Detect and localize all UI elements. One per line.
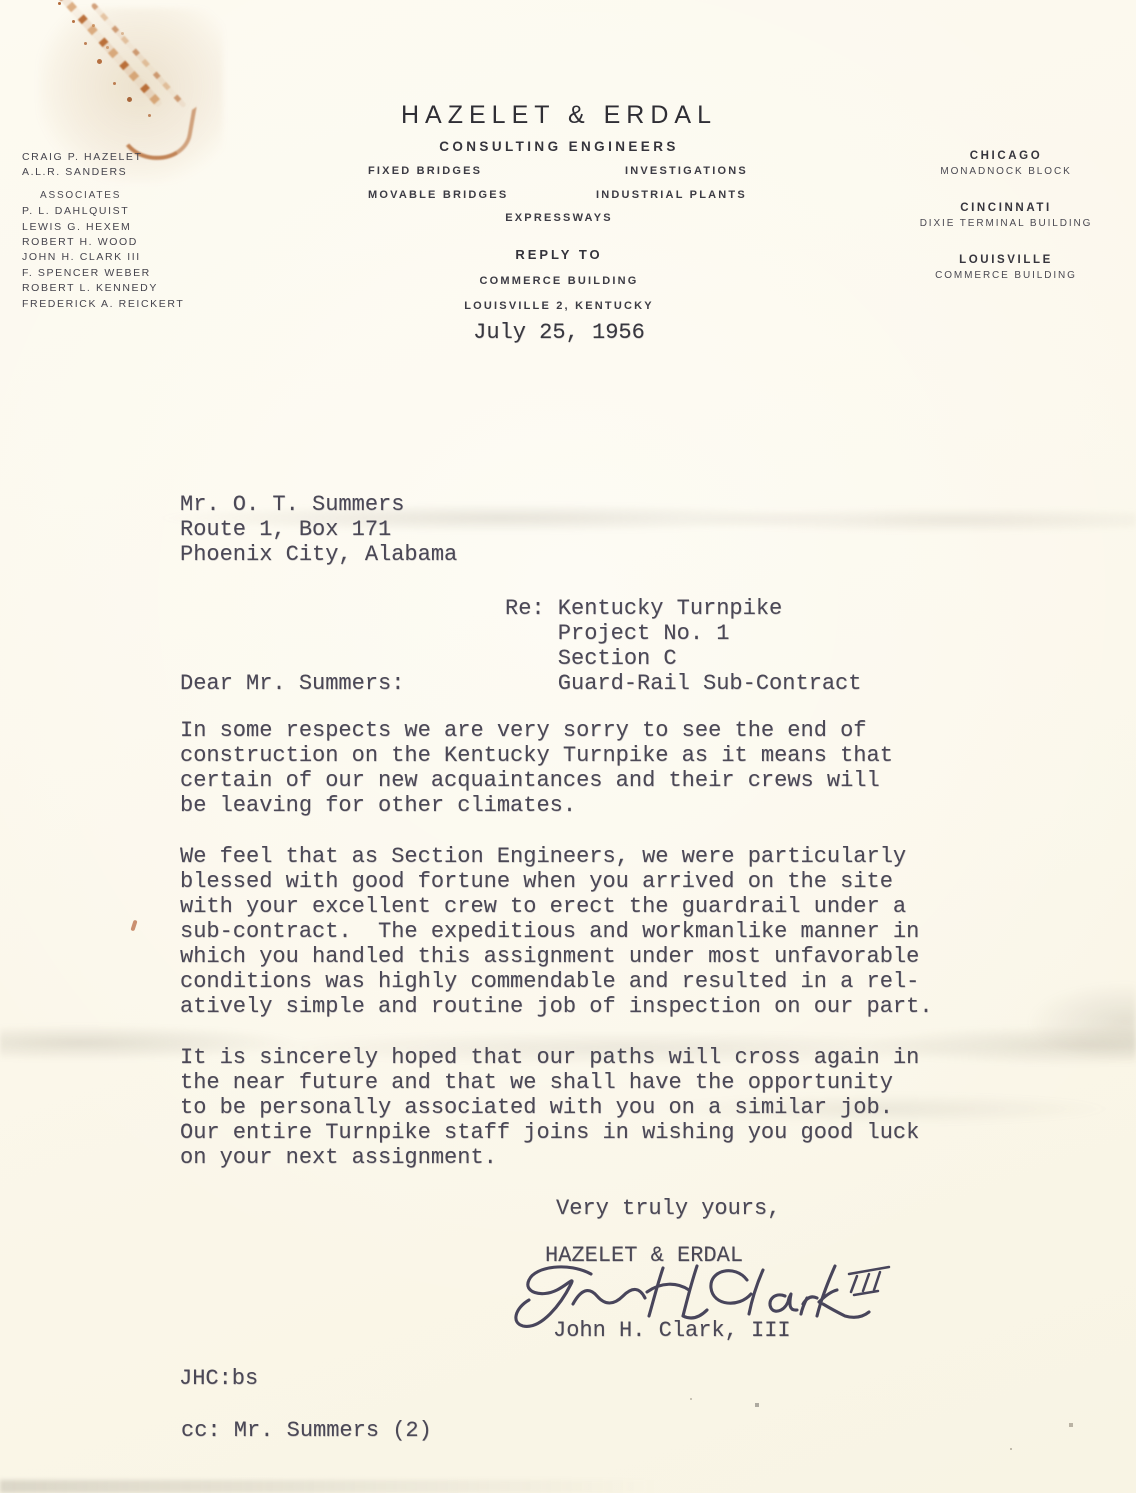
office-louisville: LOUISVILLE COMMERCE BUILDING (878, 254, 1134, 281)
service-industrial-plants: INDUSTRIAL PLANTS (596, 189, 747, 201)
body-paragraph-1: In some respects we are very sorry to se… (180, 718, 893, 818)
body-paragraph-3: It is sincerely hoped that our paths wil… (180, 1045, 919, 1170)
service-investigations: INVESTIGATIONS (625, 165, 748, 177)
ink-fleck (130, 920, 137, 932)
office-building: MONADNOCK BLOCK (878, 166, 1134, 177)
letterhead-partners-block: CRAIG P. HAZELET A.L.R. SANDERS ASSOCIAT… (22, 150, 184, 312)
signature-stroke (801, 1297, 817, 1314)
bottom-edge-shading (0, 1480, 659, 1493)
rust-stain-specks (58, 2, 61, 5)
service-movable-bridges: MOVABLE BRIDGES (368, 189, 508, 201)
office-building: DIXIE TERMINAL BUILDING (878, 218, 1134, 229)
office-city: CINCINNATI (878, 202, 1134, 214)
office-cincinnati: CINCINNATI DIXIE TERMINAL BUILDING (878, 202, 1134, 229)
paper-specks (0, 0, 2, 2)
letterhead-offices-block: CHICAGO MONADNOCK BLOCK CINCINNATI DIXIE… (878, 150, 1134, 306)
typed-signature-name: John H. Clark, III (553, 1318, 791, 1343)
office-building: COMMERCE BUILDING (878, 270, 1134, 281)
subject-block: Re: Kentucky Turnpike Project No. 1 Sect… (505, 596, 861, 696)
office-chicago: CHICAGO MONADNOCK BLOCK (878, 150, 1134, 177)
signature-stroke (711, 1271, 751, 1303)
valediction: Very truly yours, (556, 1196, 780, 1221)
salutation: Dear Mr. Summers: (180, 671, 404, 696)
signature-stroke (817, 1266, 869, 1317)
signature-stroke (749, 1270, 763, 1314)
reference-initials: JHC:bs (179, 1366, 258, 1391)
signature-numeral-III (849, 1267, 889, 1295)
body-paragraph-2: We feel that as Section Engineers, we we… (180, 844, 933, 1019)
signature-stroke (573, 1289, 645, 1304)
reply-to-building: COMMERCE BUILDING (344, 275, 774, 287)
signature-stroke (770, 1294, 797, 1311)
scanned-letter-page: CRAIG P. HAZELET A.L.R. SANDERS ASSOCIAT… (0, 0, 1136, 1493)
service-fixed-bridges: FIXED BRIDGES (368, 165, 482, 177)
edge-smudge (1026, 982, 1136, 1062)
firm-name: HAZELET & ERDAL (344, 101, 774, 130)
reply-to-city: LOUISVILLE 2, KENTUCKY (344, 300, 774, 312)
associates-label: ASSOCIATES (40, 188, 184, 203)
reply-to-label: REPLY TO (344, 247, 774, 262)
cc-line: cc: Mr. Summers (2) (181, 1418, 432, 1443)
office-city: LOUISVILLE (878, 254, 1134, 266)
partner-names: CRAIG P. HAZELET A.L.R. SANDERS (22, 150, 184, 181)
firm-subtitle: CONSULTING ENGINEERS (344, 139, 774, 154)
signature-stroke (647, 1266, 707, 1318)
letter-date: July 25, 1956 (344, 320, 774, 345)
service-expressways: EXPRESSWAYS (344, 212, 774, 224)
office-city: CHICAGO (878, 150, 1134, 162)
associate-names: P. L. DAHLQUIST LEWIS G. HEXEM ROBERT H.… (22, 204, 184, 312)
recipient-address: Mr. O. T. Summers Route 1, Box 171 Phoen… (180, 492, 457, 567)
fold-crease (0, 498, 1136, 538)
